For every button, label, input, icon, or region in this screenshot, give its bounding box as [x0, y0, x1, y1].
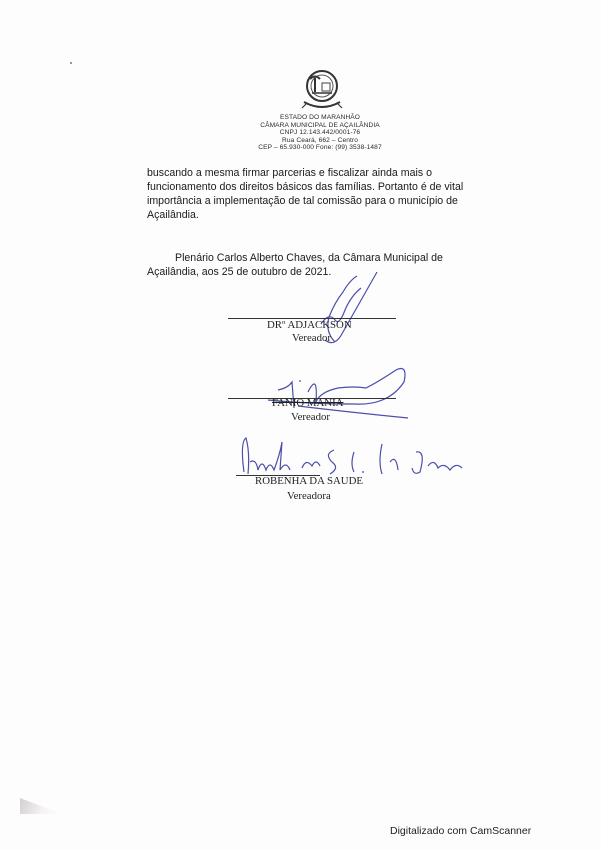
- letterhead: ESTADO DO MARANHÃO CÂMARA MUNICIPAL DE A…: [200, 114, 440, 152]
- letterhead-cnpj: CNPJ 12.143.442/0001-76: [200, 129, 440, 137]
- letterhead-state: ESTADO DO MARANHÃO: [200, 114, 440, 122]
- document-page: ESTADO DO MARANHÃO CÂMARA MUNICIPAL DE A…: [0, 0, 601, 850]
- camscanner-watermark: Digitalizado com CamScanner: [390, 825, 531, 837]
- signatory-role: Vereador: [291, 411, 330, 423]
- body-paragraph: buscando a mesma firmar parcerias e fisc…: [147, 166, 477, 222]
- letterhead-chamber: CÂMARA MUNICIPAL DE AÇAILÂNDIA: [200, 122, 440, 130]
- coat-of-arms-icon: [300, 68, 344, 114]
- signatory-role: Vereador: [292, 332, 331, 344]
- letterhead-contact: CEP – 65.930-000 Fone: (99) 3538-1487: [200, 144, 440, 152]
- scan-smudge: [20, 798, 62, 814]
- signatory-name: DRº ADJACKSON: [267, 319, 352, 331]
- signatory-name: FANIO MANIA: [272, 397, 343, 409]
- signatory-role: Vereadora: [287, 490, 331, 502]
- signatory-name: ROBENHA DA SAUDE: [255, 475, 363, 487]
- speck: [70, 62, 72, 64]
- letterhead-address: Rua Ceará, 662 – Centro: [200, 137, 440, 145]
